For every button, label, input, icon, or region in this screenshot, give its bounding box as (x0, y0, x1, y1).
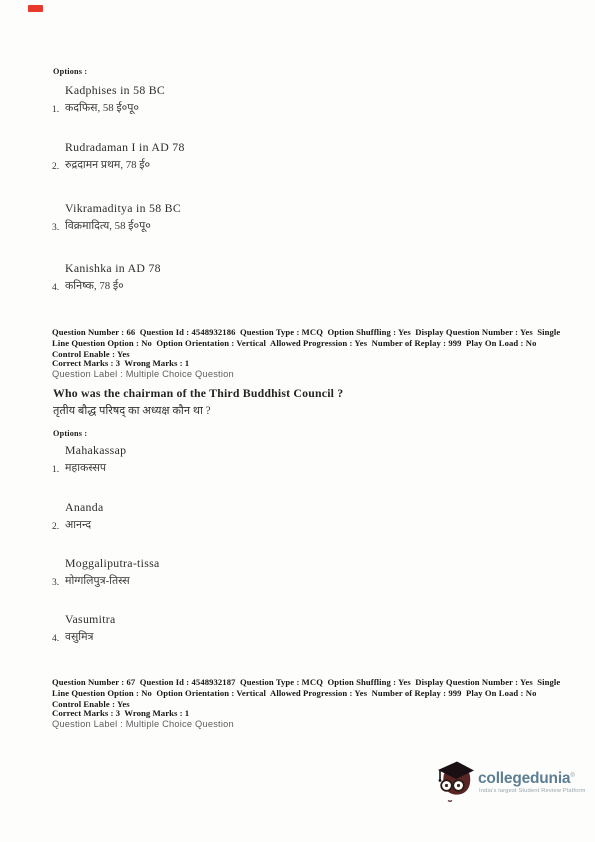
option-number: 2. (52, 162, 59, 172)
option-text-en: Ananda (65, 500, 104, 514)
option-item: 1. Kadphises in 58 BC कदफिस, 58 ई०पू० (52, 83, 165, 116)
option-text-hi: महाकस्सप (65, 460, 126, 476)
question-67-label: Question Label : Multiple Choice Questio… (52, 719, 234, 729)
option-item: 2. Rudradaman I in AD 78 रुद्रदामन प्रथम… (52, 140, 185, 173)
option-text-hi: वसुमित्र (65, 629, 116, 645)
red-corner-mark (28, 5, 43, 12)
collegedunia-logo: collegedunia® India's largest Student Re… (436, 757, 586, 809)
registered-mark: ® (570, 773, 574, 779)
option-number: 4. (52, 634, 59, 644)
question-66-text-en: Who was the chairman of the Third Buddhi… (53, 386, 343, 401)
collegedunia-tagline: India's largest Student Review Platform (479, 788, 586, 794)
option-text-en: Kanishka in AD 78 (65, 261, 161, 275)
option-item: 3. Moggaliputra-tissa मोग्गलिपुत्र-तिस्स (52, 556, 160, 589)
collegedunia-wordmark: collegedunia (478, 770, 570, 787)
option-text-en: Vasumitra (65, 612, 116, 626)
option-text-en: Mahakassap (65, 443, 126, 457)
option-text-en: Moggaliputra-tissa (65, 556, 160, 570)
option-text-hi: आनन्द (65, 517, 104, 533)
option-text-hi: विक्रमादित्य, 58 ई०पू० (65, 218, 181, 234)
option-number: 1. (52, 105, 59, 115)
option-item: 3. Vikramaditya in 58 BC विक्रमादित्य, 5… (52, 201, 181, 234)
question-66-marks: Correct Marks : 3 Wrong Marks : 1 (52, 358, 189, 368)
question-66-text-hi: तृतीय बौद्ध परिषद् का अध्यक्ष कौन था ? (53, 403, 211, 418)
collegedunia-mascot-icon (436, 759, 476, 805)
option-text-hi: मोग्गलिपुत्र-तिस्स (65, 573, 160, 589)
option-text-hi: कदफिस, 58 ई०पू० (65, 100, 165, 116)
option-item: 1. Mahakassap महाकस्सप (52, 443, 126, 476)
option-item: 4. Vasumitra वसुमित्र (52, 612, 116, 645)
option-number: 1. (52, 465, 59, 475)
option-text-en: Vikramaditya in 58 BC (65, 201, 181, 215)
option-number: 3. (52, 223, 59, 233)
option-number: 4. (52, 283, 59, 293)
question-66-label: Question Label : Multiple Choice Questio… (52, 369, 234, 379)
question-67-marks: Correct Marks : 3 Wrong Marks : 1 (52, 708, 189, 718)
option-text-en: Rudradaman I in AD 78 (65, 140, 185, 154)
option-text-hi: रुद्रदामन प्रथम, 78 ई० (65, 157, 185, 173)
option-item: 4. Kanishka in AD 78 कनिष्क, 78 ई० (52, 261, 161, 294)
options-label: Options : (53, 67, 87, 76)
option-number: 3. (52, 578, 59, 588)
question-66-metadata: Question Number : 66 Question Id : 45489… (52, 327, 570, 360)
exam-paper-page: Options : 1. Kadphises in 58 BC कदफिस, 5… (0, 0, 595, 842)
option-item: 2. Ananda आनन्द (52, 500, 104, 533)
option-text-en: Kadphises in 58 BC (65, 83, 165, 97)
option-text-hi: कनिष्क, 78 ई० (65, 278, 161, 294)
option-number: 2. (52, 522, 59, 532)
options-label: Options : (53, 429, 87, 438)
question-67-metadata: Question Number : 67 Question Id : 45489… (52, 677, 570, 710)
